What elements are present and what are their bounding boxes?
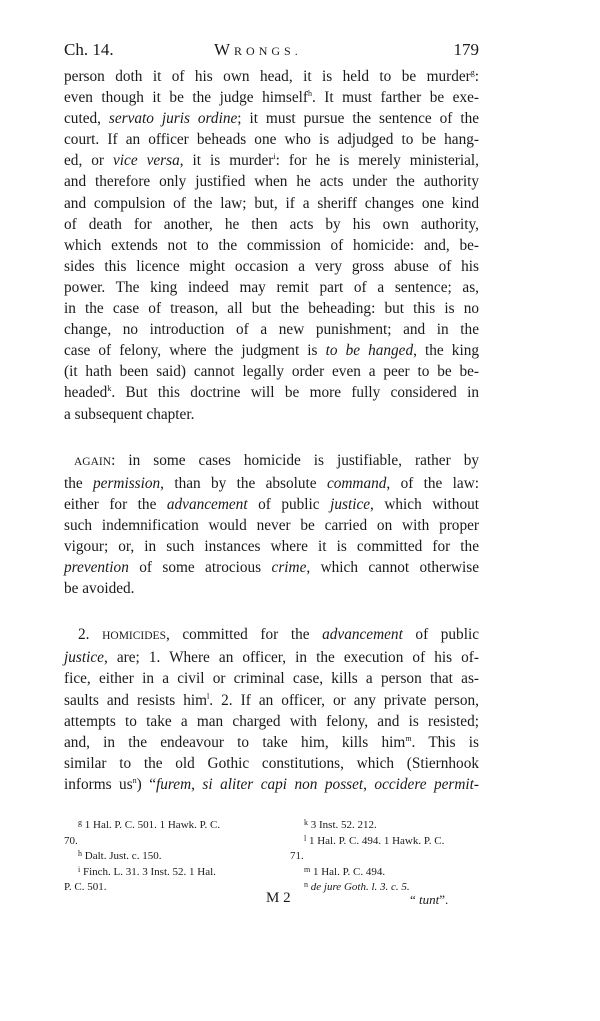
- text-line: informs usn) “furem, si aliter capi non …: [64, 774, 479, 795]
- text-line: Again: in some cases homicide is justifi…: [64, 450, 479, 473]
- text-line: attempts to take a man charged with felo…: [64, 711, 479, 732]
- paragraph-gap: [64, 425, 479, 450]
- text-line: sides this licence might occasion a very…: [64, 256, 479, 277]
- text-line: either for the advancement of public jus…: [64, 494, 479, 515]
- book-page: Ch. 14. WRONGS. 179 person doth it of hi…: [64, 40, 479, 795]
- text-line: the permission, than by the absolute com…: [64, 473, 479, 494]
- running-title: WRONGS.: [214, 40, 302, 60]
- footnote: n de jure Goth. l. 3. c. 5.: [290, 880, 486, 896]
- text-line: vigour; or, in such instances where it i…: [64, 536, 479, 557]
- chapter-label: Ch. 14.: [64, 40, 114, 60]
- text-line: similar to the old Gothic constitutions,…: [64, 753, 479, 774]
- text-line: cuted, servato juris ordine; it must pur…: [64, 108, 479, 129]
- paragraph-lead: Homicides: [102, 630, 166, 642]
- text-line: ed, or vice versa, it is murderi: for he…: [64, 150, 479, 171]
- text-line: of death for another, he then acts by hi…: [64, 214, 479, 235]
- text-line: be avoided.: [64, 578, 479, 599]
- text-line: (it hath been said) cannot legally order…: [64, 361, 479, 382]
- footnote-continuation: 70.: [64, 834, 264, 850]
- text-line: even though it be the judge himselfh. It…: [64, 87, 479, 108]
- text-line: change, no introduction of a new punishm…: [64, 319, 479, 340]
- paragraph-3: 2. Homicides, committed for the advancem…: [64, 624, 479, 795]
- text-line: and compulsion of the law; but, if a she…: [64, 193, 479, 214]
- footnote-continuation: P. C. 501.: [64, 880, 264, 896]
- footnote: k 3 Inst. 52. 212.: [290, 818, 486, 834]
- printer-signature: M 2: [266, 890, 291, 907]
- text-line: which extends not to the commission of h…: [64, 235, 479, 256]
- paragraph-2: Again: in some cases homicide is justifi…: [64, 450, 479, 600]
- running-title-initial: W: [214, 40, 234, 59]
- paragraph-gap: [64, 599, 479, 624]
- footnote: l 1 Hal. P. C. 494. 1 Hawk. P. C.: [290, 834, 486, 850]
- paragraph-1: person doth it of his own head, it is he…: [64, 66, 479, 425]
- text-line: power. The king indeed may remit part of…: [64, 277, 479, 298]
- page-number: 179: [454, 40, 480, 60]
- text-line: fice, either in a civil or criminal case…: [64, 668, 479, 689]
- text-line: and therefore only justified when he act…: [64, 171, 479, 192]
- footnotes-right-column: k 3 Inst. 52. 212. l 1 Hal. P. C. 494. 1…: [290, 818, 486, 896]
- text-line: prevention of some atrocious crime, whic…: [64, 557, 479, 578]
- catchword: “ tunt”.: [410, 892, 448, 908]
- text-line: headedk. But this doctrine will be more …: [64, 382, 479, 403]
- text-line: person doth it of his own head, it is he…: [64, 66, 479, 87]
- footnote: h Dalt. Just. c. 150.: [64, 849, 264, 865]
- text-line: justice, are; 1. Where an officer, in th…: [64, 647, 479, 668]
- text-line: in the case of treason, all but the behe…: [64, 298, 479, 319]
- footnote: g 1 Hal. P. C. 501. 1 Hawk. P. C.: [64, 818, 264, 834]
- text-line: such indemnification would never be carr…: [64, 515, 479, 536]
- text-line: and, in the endeavour to take him, kills…: [64, 732, 479, 753]
- paragraph-lead: Again: [74, 456, 111, 468]
- footnote: m 1 Hal. P. C. 494.: [290, 865, 486, 881]
- footnote-continuation: 71.: [290, 849, 486, 865]
- footnotes-left-column: g 1 Hal. P. C. 501. 1 Hawk. P. C. 70. h …: [64, 818, 264, 896]
- text-line: case of felony, where the judgment is to…: [64, 340, 479, 361]
- footnote: i Finch. L. 31. 3 Inst. 52. 1 Hal.: [64, 865, 264, 881]
- text-line: 2. Homicides, committed for the advancem…: [64, 624, 479, 647]
- running-title-rest: RONGS.: [234, 44, 302, 58]
- text-line: a subsequent chapter.: [64, 404, 479, 425]
- running-head: Ch. 14. WRONGS. 179: [64, 40, 479, 62]
- text-line: court. If an officer beheads one who is …: [64, 129, 479, 150]
- text-line: saults and resists himl. 2. If an office…: [64, 690, 479, 711]
